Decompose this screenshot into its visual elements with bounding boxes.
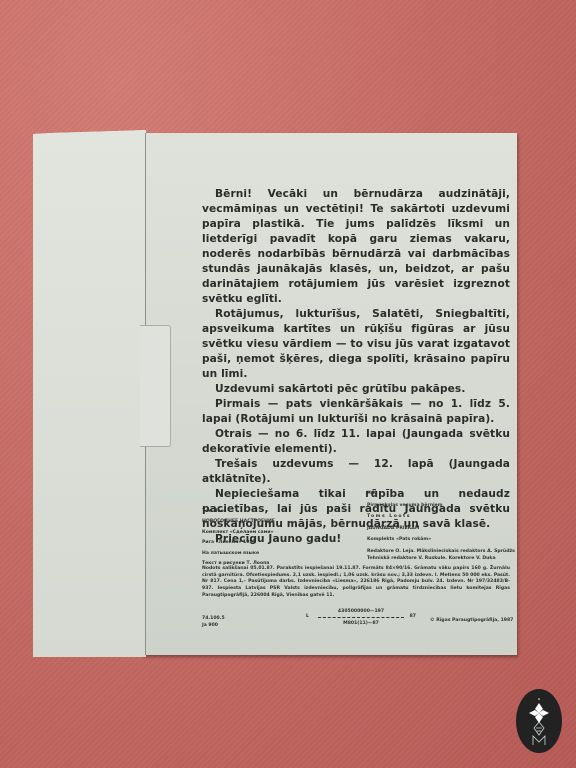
paragraph: Pirmais — pats vienkāršākais — no 1. līd… [202,397,510,427]
pocket-tab [140,325,171,447]
watermark-logo [516,689,562,753]
book-title: JAUNGADA PRIEKAM [367,525,537,532]
fraction-line [318,617,404,618]
flower-monogram-icon [516,689,562,753]
paragraph: Otrais — no 6. līdz 11. lapai (Jaungada … [202,427,510,457]
imprint-latvian: H/K Pirmsskolas vecuma bērniem Toms Loot… [367,490,537,562]
catalog-code: H/K [367,490,537,497]
editors-line-2: Tehniskā redaktore V. Ruskule. Korektore… [367,555,537,562]
audience: Pirmsskolas vecuma bērniem [367,502,537,509]
imprint-line: НОВОГОДНЕЕ НАСТРОЕНИЕ [202,518,352,525]
imprint-line: Том Лоос [202,508,352,515]
imprint-russian: Том Лоос НОВОГОДНЕЕ НАСТРОЕНИЕ Комплект … [202,508,352,570]
editors-line-1: Redaktore O. Leja. Mākslinieciskais reda… [367,548,537,555]
series: Komplekts «Pats rokām» [367,536,537,543]
folded-flap [33,130,146,657]
copyright: © Rīgas Paraugtipogrāfija, 1987 [430,617,513,624]
classification-code: 74.100.5 [202,615,225,622]
classification-codes: 74.100.5 Ja 900 [202,615,225,629]
fraction-top: 4305000000—197 [306,608,416,615]
author: Toms Loots [367,513,537,520]
paragraph: Bērni! Vecāki un bērnudārza audzinātāji,… [202,187,510,307]
fraction-right: 87 [410,613,416,620]
publication-details: Nodots salikšanai 05.01.87. Parakstīts i… [202,566,510,600]
index-fraction: 4305000000—197 L 87 M801(11)—87 [306,608,416,627]
paragraph: Rotājumus, lukturīšus, Salatēti, Sniegba… [202,307,510,382]
imprint-line: На латышском языке [202,550,352,557]
paragraph: Trešais uzdevums — 12. lapā (Jaungada at… [202,457,510,487]
classification-code: Ja 900 [202,622,225,629]
imprint-line: Комплект «Сделаем сами» [202,529,352,536]
fraction-letter: L [306,613,309,620]
fraction-bottom: M801(11)—87 [306,620,416,627]
imprint-line: Рига «Лиесма» 1987 [202,539,352,546]
paragraph: Uzdevumi sakārtoti pēc grūtību pakāpes. [202,382,510,397]
